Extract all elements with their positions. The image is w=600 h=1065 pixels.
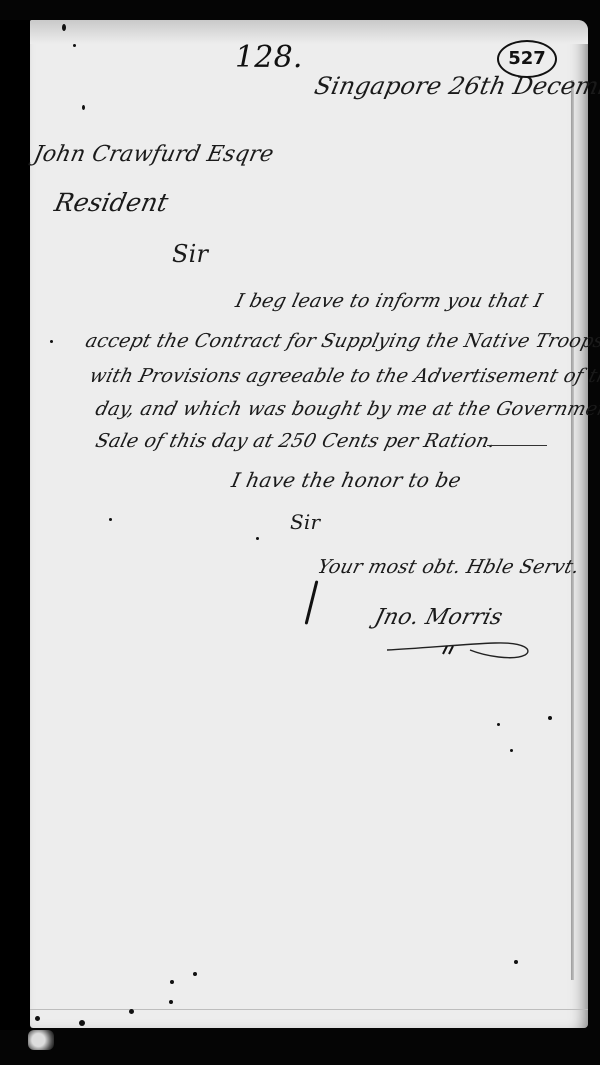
ink-speck <box>129 1009 134 1014</box>
page-right-fold <box>571 80 574 980</box>
body-line-5: Sale of this day at 250 Cents per Ration… <box>93 430 498 452</box>
ink-speck <box>73 44 76 47</box>
signature-flourish-icon <box>385 638 535 662</box>
page-top-shadow <box>30 20 588 44</box>
page-bottom-fold <box>30 1009 588 1010</box>
ink-speck <box>79 1020 85 1026</box>
place-date-line: Singapore 26th December 1823 <box>312 72 600 100</box>
folio-number: 128. <box>235 40 303 75</box>
document-scan: 128. Singapore 26th December 1823 527 Jo… <box>0 0 600 1065</box>
closing-line-1: I have the honor to be <box>229 468 463 492</box>
ink-speck <box>193 972 197 976</box>
body-line-1: I beg leave to inform you that I <box>233 290 545 312</box>
body-line-2: accept the Contract for Supplying the Na… <box>83 330 600 352</box>
ink-speck <box>50 340 53 343</box>
ink-speck <box>82 105 85 110</box>
closing-line-3: Your most obt. Hble Servt. <box>315 556 581 578</box>
body-line-3: with Provisions agreeable to the Adverti… <box>87 365 600 387</box>
ink-speck <box>256 537 259 540</box>
ink-speck <box>35 1016 40 1021</box>
ink-speck <box>62 24 66 31</box>
torn-corner <box>28 1030 54 1050</box>
signature: Jno. Morris <box>372 605 505 630</box>
ink-speck <box>514 960 518 964</box>
ink-speck <box>497 723 500 726</box>
ink-speck <box>169 1000 173 1004</box>
closing-line-2: Sir <box>290 510 320 534</box>
addressee-name: John Crawfurd Esqre <box>31 142 276 167</box>
addressee-title: Resident <box>52 188 171 217</box>
ink-speck <box>510 749 513 752</box>
ink-speck <box>109 518 112 521</box>
ink-speck <box>170 980 174 984</box>
archive-page-stamp: 527 <box>497 40 557 78</box>
line-end-rule <box>487 445 547 446</box>
salutation: Sir <box>172 240 208 268</box>
binding-edge <box>0 20 30 1030</box>
body-line-4: day, and which was bought by me at the G… <box>93 398 600 420</box>
ink-speck <box>548 716 552 720</box>
